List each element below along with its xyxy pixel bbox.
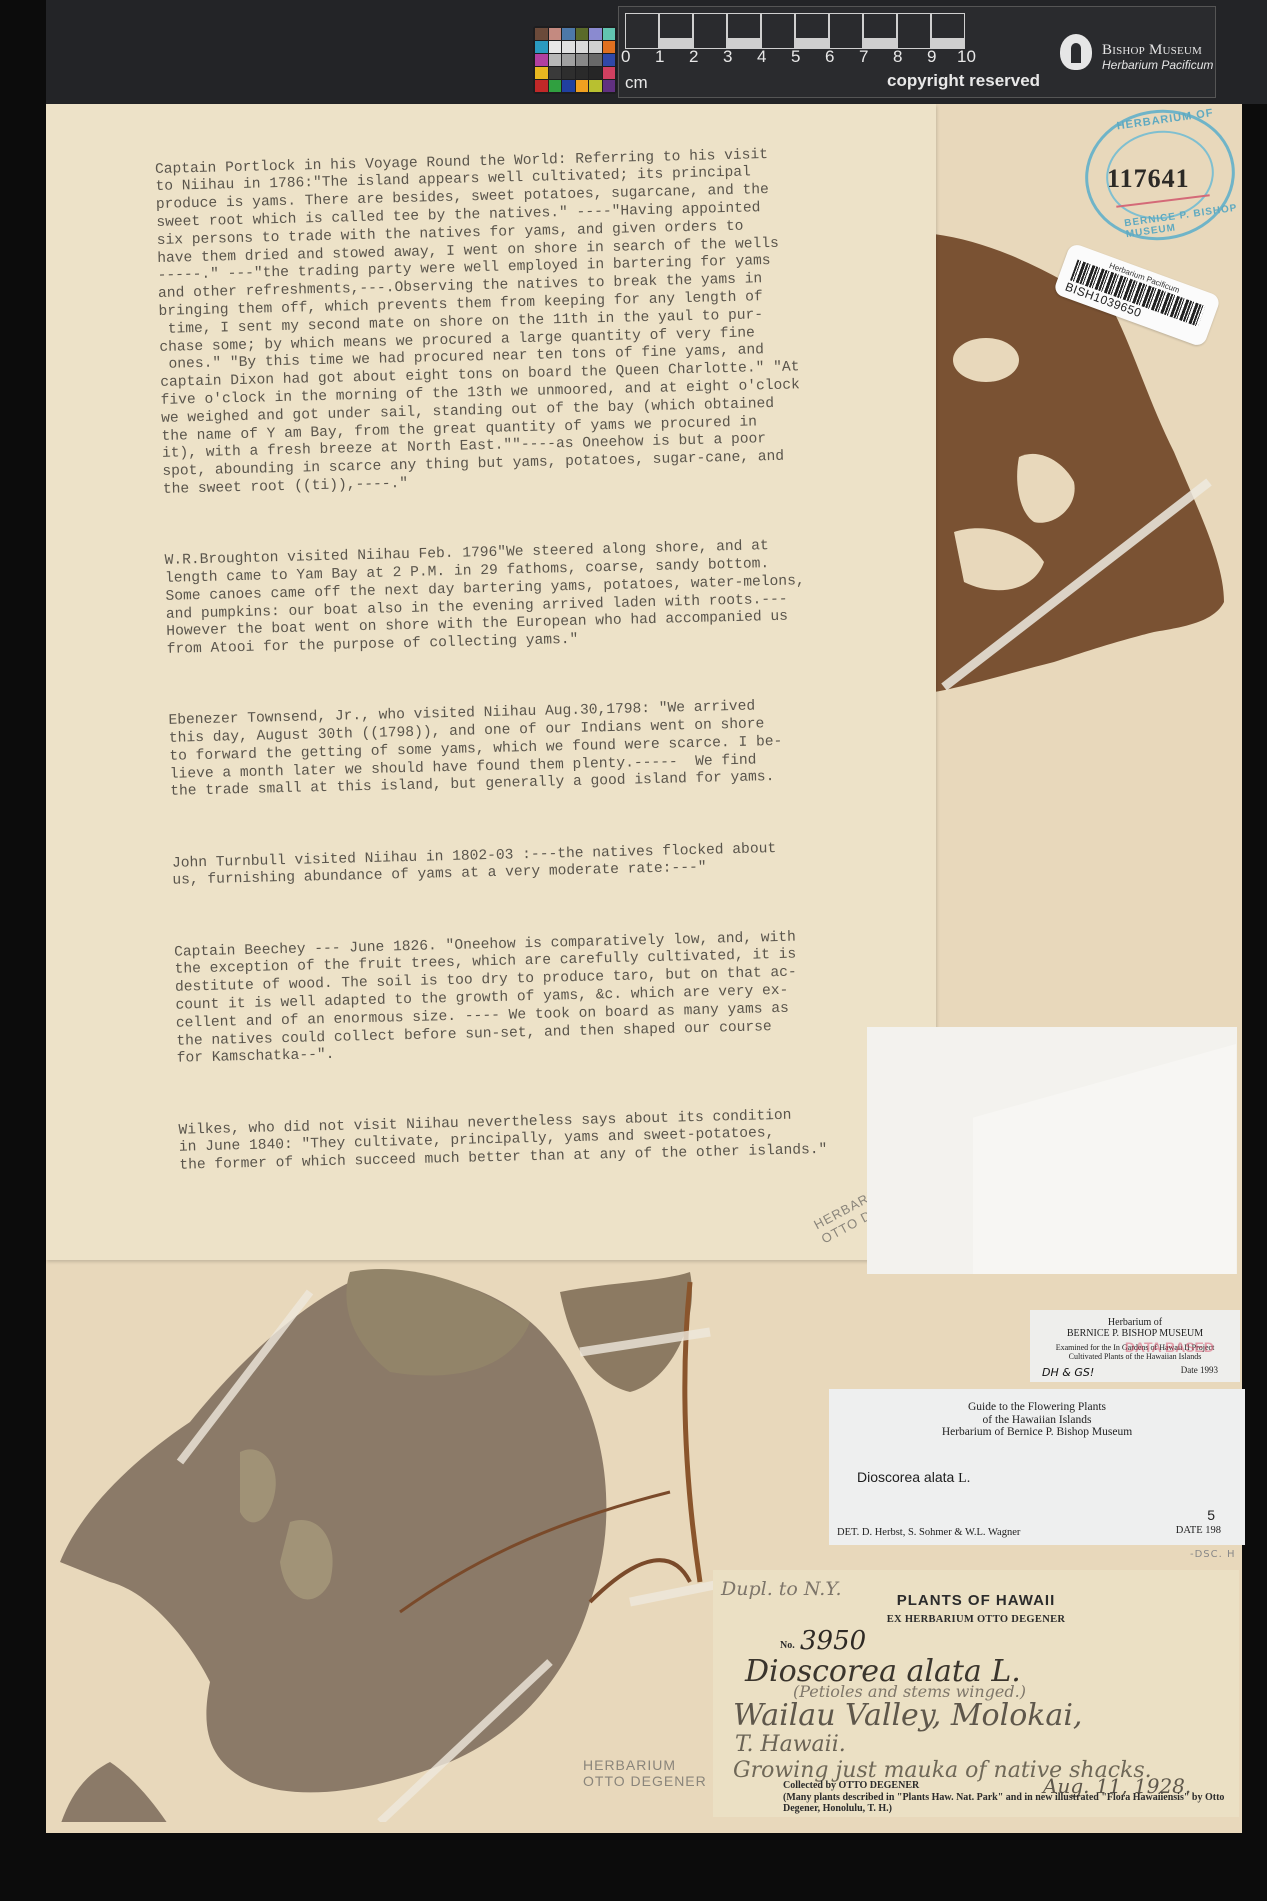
color-swatch: [562, 41, 575, 53]
determination-date: DATE 198: [1176, 1525, 1221, 1536]
header-line: Herbarium of Bernice P. Bishop Museum: [829, 1426, 1245, 1439]
typed-historical-notes: Captain Portlock in his Voyage Round the…: [46, 104, 936, 1260]
ruler-tick-label: 9: [927, 47, 936, 67]
collection-subtitle: EX HERBARIUM OTTO DEGENER: [713, 1614, 1239, 1625]
collection-label: Dupl. to N.Y. PLANTS OF HAWAII EX HERBAR…: [713, 1570, 1239, 1817]
data-based-stamp: DATA BASED: [1125, 1340, 1214, 1354]
ruler-tick-label: 5: [791, 47, 800, 67]
color-swatch: [535, 80, 548, 92]
color-swatch: [576, 80, 589, 92]
color-swatch: [549, 67, 562, 79]
taxon-name: Dioscorea alata: [857, 1469, 954, 1485]
color-swatch: [562, 80, 575, 92]
color-swatch: [549, 80, 562, 92]
collection-footer: (Many plants described in "Plants Haw. N…: [783, 1792, 1239, 1814]
ruler-tick-label: 1: [655, 47, 664, 67]
paragraph-portlock: Captain Portlock in his Voyage Round the…: [155, 142, 983, 500]
museum-logo-icon: [1060, 34, 1092, 70]
ruler-tick-label: 3: [723, 47, 732, 67]
color-swatch: [535, 41, 548, 53]
ruler-tick-label: 8: [893, 47, 902, 67]
color-swatch: [576, 54, 589, 66]
annotation-handwritten: DH & GS!: [1042, 1366, 1094, 1379]
collection-title: PLANTS OF HAWAII: [713, 1592, 1239, 1609]
museum-subtitle: Herbarium Pacificum: [1102, 58, 1213, 72]
color-swatch: [603, 28, 616, 40]
paragraph-townsend: Ebenezer Townsend, Jr., who visited Niih…: [168, 693, 990, 802]
taxon-author: L.: [958, 1471, 970, 1486]
header-line: of the Hawaiian Islands: [829, 1414, 1245, 1427]
copyright-notice: copyright reserved: [887, 71, 1040, 91]
collector: Collected by OTTO DEGENER: [783, 1780, 919, 1791]
color-swatch: [603, 41, 616, 53]
color-swatch: [562, 54, 575, 66]
determination-date-digit: 5: [1207, 1507, 1215, 1523]
ruler-tick-label: 4: [757, 47, 766, 67]
color-swatch: [549, 54, 562, 66]
determination-label: Guide to the Flowering Plants of the Haw…: [829, 1389, 1245, 1545]
margin-mark: -DSC. H: [1190, 1549, 1236, 1560]
annotation-label: Herbarium of BERNICE P. BISHOP MUSEUM Ex…: [1030, 1310, 1240, 1382]
color-swatch: [589, 28, 602, 40]
leaf-specimen-lower: [50, 1262, 770, 1822]
color-swatch: [603, 67, 616, 79]
collection-locality: Wailau Valley, Molokai,: [733, 1698, 1082, 1733]
ruler-unit: cm: [625, 73, 648, 93]
annotation-date: Date 1993: [1181, 1365, 1218, 1375]
color-swatch: [576, 28, 589, 40]
stamp-line: HERBARIUM: [583, 1757, 707, 1773]
collection-number-label: No.: [780, 1640, 795, 1651]
color-swatch: [603, 80, 616, 92]
determiners: DET. D. Herbst, S. Sohmer & W.L. Wagner: [837, 1527, 1020, 1538]
color-swatch: [589, 54, 602, 66]
degener-herbarium-stamp: HERBARIUM OTTO DEGENER: [583, 1757, 707, 1789]
collection-region: T. Hawaii.: [735, 1732, 846, 1757]
color-swatch: [603, 54, 616, 66]
ruler-tick-label: 0: [621, 47, 630, 67]
collection-number: 3950: [800, 1626, 866, 1656]
annotation-line: BERNICE P. BISHOP MUSEUM: [1030, 1328, 1240, 1339]
annotation-line: Herbarium of: [1030, 1317, 1240, 1328]
color-swatch: [562, 67, 575, 79]
paragraph-turnbull: John Turnbull visited Niihau in 1802-03 …: [172, 835, 993, 891]
color-swatch: [576, 41, 589, 53]
ruler-tick-label: 2: [689, 47, 698, 67]
color-swatch: [589, 67, 602, 79]
color-swatch: [549, 41, 562, 53]
color-swatch: [535, 67, 548, 79]
color-swatch: [535, 54, 548, 66]
museum-name: Bishop Museum: [1102, 42, 1202, 59]
paragraph-broughton: W.R.Broughton visited Niihau Feb. 1796"W…: [164, 533, 986, 660]
ruler-tick-label: 7: [859, 47, 868, 67]
determined-taxon: Dioscorea alata L.: [857, 1469, 970, 1487]
accession-number: 117641: [1107, 164, 1190, 194]
color-swatch: [589, 41, 602, 53]
color-swatch: [535, 28, 548, 40]
color-swatch: [576, 67, 589, 79]
header-line: Guide to the Flowering Plants: [829, 1401, 1245, 1414]
ruler-tick-label: 6: [825, 47, 834, 67]
determination-header: Guide to the Flowering Plants of the Haw…: [829, 1401, 1245, 1439]
color-swatch: [549, 28, 562, 40]
stamp-line: OTTO DEGENER: [583, 1773, 707, 1789]
color-calibration-chart: [533, 26, 617, 94]
color-swatch: [589, 80, 602, 92]
color-swatch: [562, 28, 575, 40]
ruler-tick-label: 10: [957, 47, 976, 67]
